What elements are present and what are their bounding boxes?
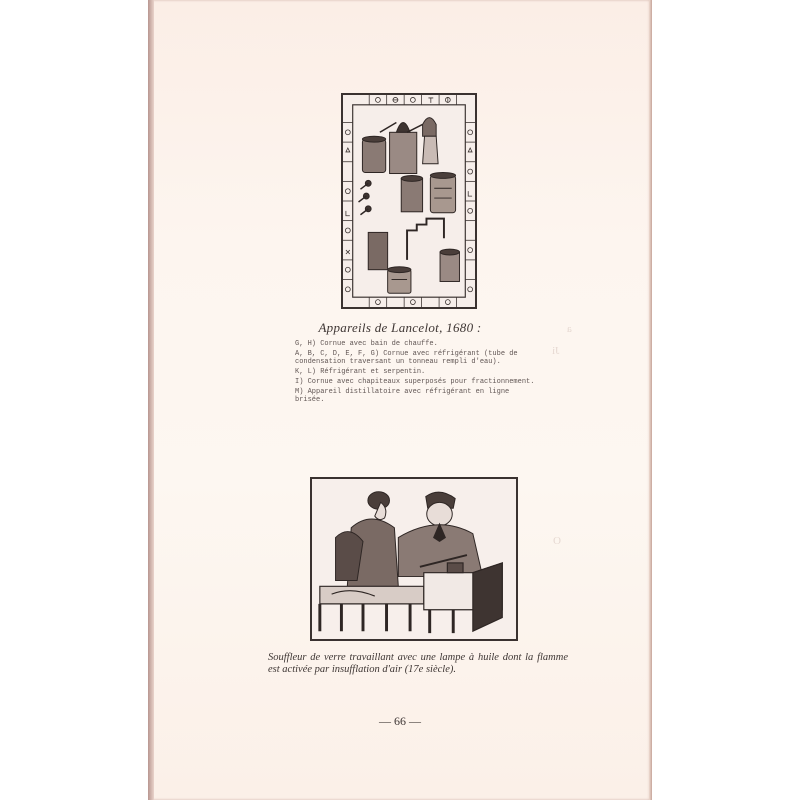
legend-item: M) Appareil distillatoire avec réfrigéra… [295,388,535,404]
page-number: — 66 — [350,714,450,729]
glassblower-woodcut [310,477,518,641]
bleed-through-text: a [567,323,572,335]
figure-caption: Souffleur de verre travaillant avec une … [268,652,568,676]
bleed-through-text: Ji [552,345,559,357]
legend-item: A, B, C, D, E, F, G) Cornue avec réfrigé… [295,350,535,366]
bleed-through-text: O [553,535,561,547]
figure-title: Appareils de Lancelot, 1680 : [250,320,550,336]
engraving-illustration [343,95,475,307]
woodcut-illustration [312,479,516,639]
legend-item: G, H) Cornue avec bain de chauffe. [295,340,535,348]
lancelot-apparatus-engraving [341,93,477,309]
legend-item: I) Cornue avec chapiteaux superposés pou… [295,378,535,386]
legend-item: K, L) Réfrigérant et serpentin. [295,368,535,376]
figure-legend: G, H) Cornue avec bain de chauffe. A, B,… [295,340,535,406]
